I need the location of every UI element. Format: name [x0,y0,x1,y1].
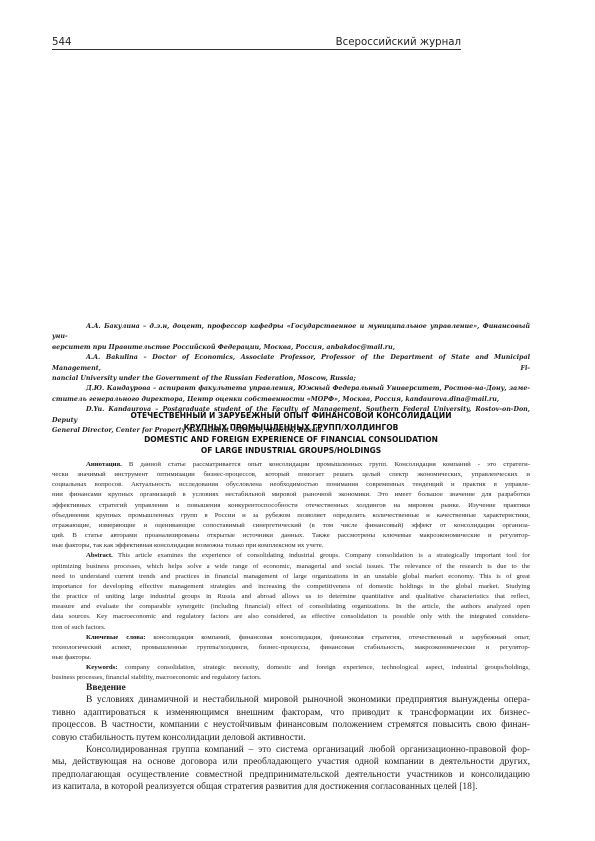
abstract-en-label: Abstract. [86,552,113,559]
article-body: Введение В условиях динамичной и нестаби… [52,682,530,794]
keywords-en: Keywords: company consolidation, strateg… [52,663,530,683]
section-heading: Введение [52,682,530,694]
running-header: 544 Всероссийский журнал [52,33,461,50]
author-line: верситет при Правительстве Российской Фе… [52,343,530,353]
keywords-en-label: Keywords: [86,664,118,671]
title-line: OF LARGE INDUSTRIAL GROUPS/HOLDINGS [52,445,530,457]
paragraph: Консолидированная группа компаний – это … [52,744,530,794]
page-number: 544 [52,37,71,48]
keywords-ru: Ключевые слова: консолидация компаний, ф… [52,633,530,663]
title-line: DOMESTIC AND FOREIGN EXPERIENCE OF FINAN… [52,434,530,446]
article-title: ОТЕЧЕСТВЕННЫЙ И ЗАРУБЕЖНЫЙ ОПЫТ ФИНАНСОВ… [52,410,530,457]
journal-name: Всероссийский журнал [336,37,461,48]
paragraph: В условиях динамичной и нестабильной мир… [52,694,530,744]
keywords-ru-label: Ключевые слова: [86,634,145,641]
author-line: A.A. Bakulina – Doctor of Economics, Ass… [52,353,530,374]
abstract-ru: Аннотация. В данной статье рассматривает… [52,460,530,551]
title-line: КРУПНЫХ ПРОМЫШЛЕННЫХ ГРУПП/ХОЛДИНГОВ [52,422,530,434]
abstract-ru-label: Аннотация. [86,461,122,468]
author-line: Д.Ю. Кандаурова – аспирант факультета уп… [52,384,530,394]
abstract-section: Аннотация. В данной статье рассматривает… [52,460,530,683]
author-line: А.А. Бакулина – д.э.н, доцент, профессор… [52,322,530,343]
abstract-en: Abstract. This article examines the expe… [52,551,530,632]
author-line: ститель генерального директора, Центр оц… [52,395,530,405]
author-line: nancial University under the Government … [52,374,530,384]
title-line: ОТЕЧЕСТВЕННЫЙ И ЗАРУБЕЖНЫЙ ОПЫТ ФИНАНСОВ… [52,410,530,422]
